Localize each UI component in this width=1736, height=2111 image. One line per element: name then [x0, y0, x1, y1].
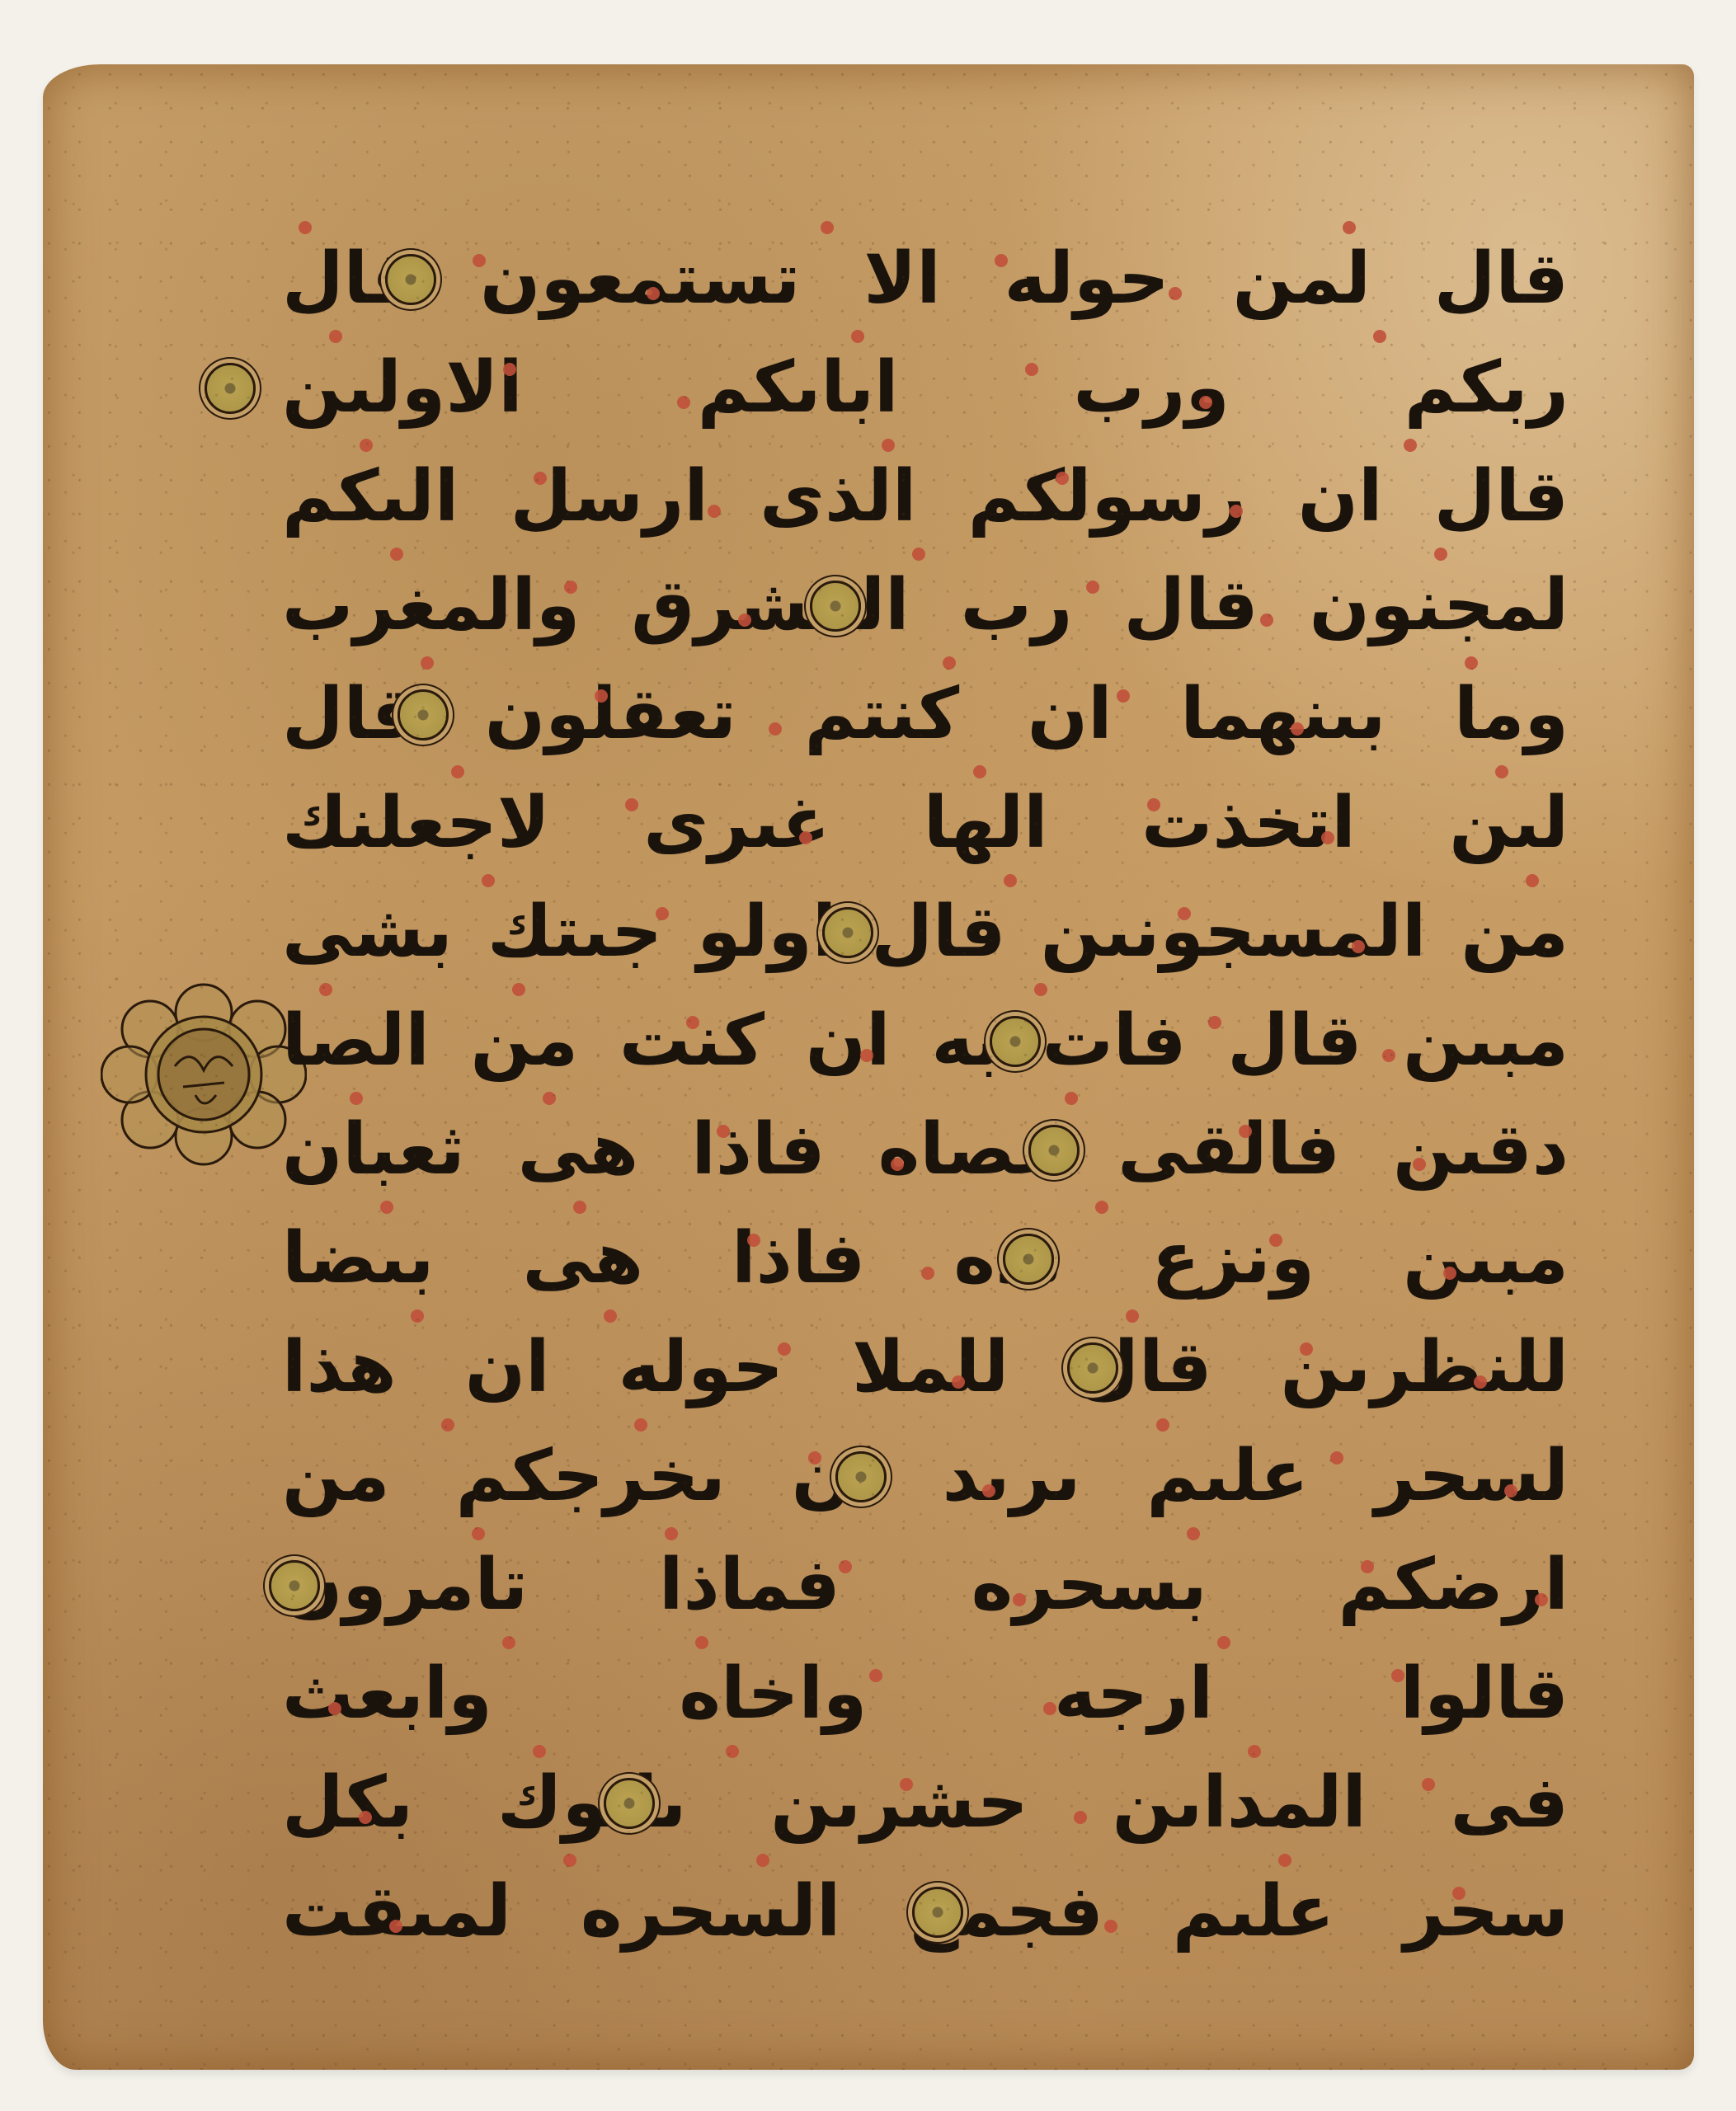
vowel-dot-icon — [1404, 439, 1417, 452]
verse-marker-icon — [822, 907, 873, 958]
vowel-dot-icon — [943, 656, 956, 670]
vowel-dot-icon — [473, 254, 486, 267]
vowel-dot-icon — [1199, 396, 1212, 409]
verse-marker-icon — [1028, 1125, 1080, 1176]
vowel-dot-icon — [1535, 1593, 1548, 1606]
vowel-dot-icon — [1474, 1375, 1487, 1389]
vowel-dot-icon — [595, 689, 608, 703]
vowel-dot-icon — [1043, 1702, 1056, 1715]
vowel-dot-icon — [912, 548, 925, 561]
vowel-dot-icon — [533, 1745, 546, 1758]
vowel-dot-icon — [1452, 1887, 1465, 1900]
text-line: لمجنون قال رب المشرق والمغرب — [282, 556, 1569, 655]
verse-marker-icon — [205, 363, 256, 414]
vowel-dot-icon — [860, 1049, 873, 1062]
verse-marker-icon — [398, 689, 449, 740]
vowel-dot-icon — [1004, 874, 1017, 887]
vowel-dot-icon — [821, 221, 834, 234]
vowel-dot-icon — [451, 765, 464, 778]
vowel-dot-icon — [1013, 1593, 1026, 1606]
verse-marker-icon — [810, 581, 861, 632]
text-line: قالوا ارجه واخاه وابعث — [282, 1644, 1569, 1743]
vowel-dot-icon — [319, 983, 332, 996]
vowel-dot-icon — [769, 722, 782, 736]
vowel-dot-icon — [656, 907, 669, 920]
vowel-dot-icon — [350, 1092, 363, 1105]
vowel-dot-icon — [390, 548, 403, 561]
vowel-dot-icon — [1434, 548, 1447, 561]
vowel-dot-icon — [756, 1854, 769, 1867]
vowel-dot-icon — [808, 1451, 821, 1465]
verse-marker-icon — [385, 254, 436, 305]
verse-marker-icon — [1003, 1234, 1054, 1285]
vowel-dot-icon — [534, 472, 547, 485]
vowel-dot-icon — [563, 1854, 576, 1867]
verse-marker-icon — [990, 1016, 1041, 1067]
text-line: قال ان رسولكم الذى ارسل الىكم — [282, 447, 1569, 546]
vowel-dot-icon — [1352, 940, 1365, 953]
vowel-dot-icon — [1413, 1158, 1426, 1171]
vowel-dot-icon — [839, 1560, 852, 1573]
vowel-dot-icon — [380, 1201, 393, 1214]
vowel-dot-icon — [1343, 221, 1356, 234]
vowel-dot-icon — [726, 1745, 739, 1758]
vowel-dot-icon — [738, 614, 751, 627]
vowel-dot-icon — [695, 1636, 708, 1649]
vowel-dot-icon — [1086, 581, 1099, 594]
vowel-dot-icon — [441, 1418, 454, 1432]
vowel-dot-icon — [1169, 287, 1182, 300]
vowel-dot-icon — [1147, 798, 1160, 811]
vowel-dot-icon — [1208, 1016, 1221, 1029]
marginal-medallion-icon — [101, 980, 307, 1169]
vowel-dot-icon — [634, 1418, 647, 1432]
vowel-dot-icon — [1391, 1669, 1404, 1682]
vowel-dot-icon — [1126, 1309, 1139, 1323]
vowel-dot-icon — [503, 363, 516, 376]
vowel-dot-icon — [328, 1702, 341, 1715]
vowel-dot-icon — [1495, 765, 1508, 778]
vowel-dot-icon — [995, 254, 1008, 267]
vowel-dot-icon — [1382, 1049, 1395, 1062]
vowel-dot-icon — [573, 1201, 586, 1214]
vowel-dot-icon — [1291, 722, 1304, 736]
vowel-dot-icon — [502, 1636, 515, 1649]
text-line: لىن اتخذت الها غىرى لاجعلنك — [282, 773, 1569, 872]
verse-marker-icon — [1067, 1342, 1118, 1394]
vowel-dot-icon — [1065, 1092, 1078, 1105]
vowel-dot-icon — [1187, 1527, 1200, 1540]
text-line: ربكم ورب اباىكم الاولىن — [282, 338, 1569, 437]
text-line: من المسجونىن قال اولو جىتك بشى — [282, 882, 1569, 981]
vowel-dot-icon — [1526, 874, 1539, 887]
text-line: وما بىنهما ان كنتم تعقلون قال — [282, 665, 1569, 764]
vowel-dot-icon — [1373, 330, 1386, 343]
vowel-dot-icon — [1260, 614, 1273, 627]
vowel-dot-icon — [1422, 1778, 1435, 1791]
vowel-dot-icon — [1321, 831, 1334, 844]
vowel-dot-icon — [564, 581, 577, 594]
vowel-dot-icon — [1095, 1201, 1108, 1214]
vowel-dot-icon — [747, 1234, 760, 1247]
vowel-dot-icon — [851, 330, 864, 343]
vowel-dot-icon — [665, 1527, 678, 1540]
vowel-dot-icon — [360, 439, 373, 452]
manuscript-folio: قال لمن حوله الا تستمعون قالربكم ورب ابا… — [43, 64, 1694, 2070]
vowel-dot-icon — [1300, 1342, 1313, 1356]
vowel-dot-icon — [891, 1158, 904, 1171]
text-line: لسحر علىم ىرىد ان ىخرجكم من — [282, 1427, 1569, 1526]
vowel-dot-icon — [1248, 1745, 1261, 1758]
vowel-dot-icon — [1025, 363, 1038, 376]
vowel-dot-icon — [799, 831, 812, 844]
vowel-dot-icon — [973, 765, 986, 778]
text-line: للنظرىن قال للملا حوله ان هذا — [282, 1318, 1569, 1417]
vowel-dot-icon — [717, 1125, 730, 1138]
vowel-dot-icon — [869, 1669, 882, 1682]
vowel-dot-icon — [329, 330, 342, 343]
vowel-dot-icon — [1056, 472, 1069, 485]
vowel-dot-icon — [882, 439, 895, 452]
vowel-dot-icon — [952, 1375, 965, 1389]
vowel-dot-icon — [708, 505, 721, 518]
vowel-dot-icon — [1330, 1451, 1343, 1465]
vowel-dot-icon — [512, 983, 525, 996]
vowel-dot-icon — [1178, 907, 1191, 920]
vowel-dot-icon — [1217, 1636, 1230, 1649]
verse-marker-icon — [604, 1778, 655, 1829]
vowel-dot-icon — [472, 1527, 485, 1540]
vowel-dot-icon — [1465, 656, 1478, 670]
vowel-dot-icon — [921, 1267, 934, 1280]
vowel-dot-icon — [1278, 1854, 1291, 1867]
vowel-dot-icon — [1117, 689, 1130, 703]
text-line: مبىن قال فات به ان كنت من الصا — [282, 991, 1569, 1090]
text-line: فى المداىن حشرىن ىاتوك بكل — [282, 1753, 1569, 1852]
text-line: دقىن فالقى عصاه فاذا هى ثعبان — [282, 1100, 1569, 1199]
vowel-dot-icon — [900, 1778, 913, 1791]
vowel-dot-icon — [1504, 1484, 1517, 1497]
vowel-dot-icon — [411, 1309, 424, 1323]
text-line: قال لمن حوله الا تستمعون قال — [282, 229, 1569, 328]
vowel-dot-icon — [389, 1920, 402, 1933]
vowel-dot-icon — [1269, 1234, 1282, 1247]
vowel-dot-icon — [686, 1016, 699, 1029]
vowel-dot-icon — [1156, 1418, 1169, 1432]
vowel-dot-icon — [647, 287, 660, 300]
vowel-dot-icon — [625, 798, 638, 811]
vowel-dot-icon — [778, 1342, 791, 1356]
vowel-dot-icon — [482, 874, 495, 887]
vowel-dot-icon — [1443, 1267, 1456, 1280]
vowel-dot-icon — [982, 1484, 995, 1497]
vowel-dot-icon — [299, 221, 312, 234]
verse-marker-icon — [835, 1451, 887, 1502]
vowel-dot-icon — [1230, 505, 1243, 518]
vowel-dot-icon — [604, 1309, 617, 1323]
vowel-dot-icon — [1074, 1811, 1087, 1824]
vowel-dot-icon — [677, 396, 690, 409]
vowel-dot-icon — [1104, 1920, 1117, 1933]
vowel-dot-icon — [1361, 1560, 1374, 1573]
text-line: مبىن ونزع ىده فاذا هى بىضا — [282, 1209, 1569, 1308]
vowel-dot-icon — [1239, 1125, 1252, 1138]
verse-marker-icon — [269, 1560, 320, 1611]
text-line: ارضكم بسحره فماذا تامرون — [282, 1535, 1569, 1634]
verse-marker-icon — [912, 1887, 963, 1938]
vowel-dot-icon — [421, 656, 434, 670]
vowel-dot-icon — [359, 1811, 372, 1824]
vowel-dot-icon — [1034, 983, 1047, 996]
vowel-dot-icon — [543, 1092, 556, 1105]
